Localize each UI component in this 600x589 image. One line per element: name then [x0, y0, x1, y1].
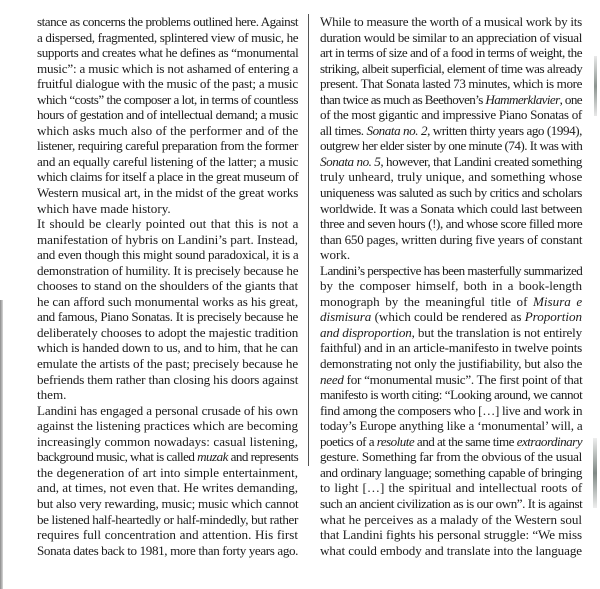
text-line: outgrew her elder sister by one minute (…	[320, 138, 582, 154]
line-text: stance as concerns the problems outlined…	[37, 14, 298, 29]
line-text: of the most gigantic and impressive Pian…	[320, 107, 582, 122]
line-text: manifestation of hybris on Landini’s par…	[37, 232, 298, 247]
line-text: Landini’s perspective has been masterful…	[320, 263, 582, 278]
line-text: by the composer himself, both in a book-…	[320, 278, 582, 293]
text-line: demonstration of humility. It is precise…	[37, 263, 298, 279]
italic-title: and disproportion	[320, 325, 412, 340]
text-line: three and seven hours (!), and whose sco…	[320, 216, 582, 232]
line-text: what could embody and translate into the…	[320, 543, 582, 558]
text-line: all times. Sonata no. 2, written thirty …	[320, 123, 582, 139]
line-text: and, at times, not even that. He writes …	[37, 480, 298, 495]
text-line: Western musical art, in the midst of the…	[37, 185, 298, 201]
line-text: listener, requiring careful preparation …	[37, 138, 298, 153]
text-line: truly unheard, truly unique, and somethi…	[320, 169, 582, 185]
scan-right-edge-artifact	[593, 438, 597, 508]
italic-title: dismisura	[320, 309, 371, 324]
text-line: It should be clearly pointed out that th…	[37, 216, 298, 232]
text-line: a dispersed, fragmented, splintered view…	[37, 30, 298, 46]
line-text: duration would be similar to an apprecia…	[320, 30, 582, 45]
text-line: stance as concerns the problems outlined…	[37, 14, 298, 30]
line-text: supports and creates what he defines as …	[37, 45, 298, 60]
text-line: them.	[37, 387, 298, 403]
line-text: , one	[560, 92, 582, 107]
line-text: and at the same time	[414, 434, 517, 449]
line-text: monograph by the meaningful title of	[320, 294, 533, 309]
line-text: and represents	[228, 449, 298, 464]
italic-title: Hammerklavier	[485, 92, 559, 107]
text-line: today’s Europe anything like a ‘monument…	[320, 418, 582, 434]
text-line: present. That Sonata lasted 73 minutes, …	[320, 76, 582, 92]
line-text: and even though this might sound paradox…	[37, 247, 298, 262]
text-line: which claims for itself a place in the g…	[37, 169, 298, 185]
line-text: the degeneration of art into simple ente…	[37, 465, 298, 480]
text-line: against the listening practices which ar…	[37, 418, 298, 434]
line-text: present. That Sonata lasted 73 minutes, …	[320, 76, 582, 91]
line-text: striking, albeit superficial, element of…	[320, 61, 582, 76]
line-text: worldwide. It was a Sonata which could l…	[320, 201, 582, 216]
text-line: he can afford such monumental works as h…	[37, 294, 298, 310]
text-line: music”: a music which is not ashamed of …	[37, 61, 298, 77]
text-line: which have made history.	[37, 201, 298, 217]
text-line: such an ancient civilization as is our o…	[320, 496, 582, 512]
line-text: truly unheard, truly unique, and somethi…	[320, 169, 582, 184]
text-line: background music, what is called muzak a…	[37, 449, 298, 465]
line-text: which asks much also of the performer an…	[37, 123, 298, 138]
line-text: he can afford such monumental works as h…	[37, 294, 298, 309]
scan-left-edge-shadow	[0, 300, 3, 589]
text-line: the degeneration of art into simple ente…	[37, 465, 298, 481]
line-text: , however, that Landini created somethin…	[380, 154, 582, 169]
line-text: against the listening practices which ar…	[37, 418, 298, 433]
line-text: a dispersed, fragmented, splintered view…	[37, 30, 298, 45]
text-line: chooses to stand on the shoulders of the…	[37, 278, 298, 294]
text-line: what could embody and translate into the…	[320, 543, 582, 559]
italic-title: Sonata no. 5	[320, 154, 380, 169]
line-text: outgrew her elder sister by one minute (…	[320, 138, 582, 153]
text-line: gesture. Something far from the obvious …	[320, 449, 582, 465]
italic-title: Proportion	[525, 309, 582, 324]
text-line: demonstrating not only the justifiabilit…	[320, 356, 582, 372]
line-text: and an equally careful listening of the …	[37, 154, 298, 169]
italic-title: extraordinary	[517, 434, 582, 449]
line-text: which is handed down to us, and to him, …	[37, 340, 298, 355]
text-line: faithful) and in an article-manifesto in…	[320, 340, 582, 356]
line-text: increasingly common nowadays: casual lis…	[37, 434, 298, 449]
line-text: demonstrating not only the justifiabilit…	[320, 356, 582, 371]
text-line: Landini’s perspective has been masterful…	[320, 263, 582, 279]
line-text: While to measure the worth of a musical …	[320, 14, 582, 29]
scan-right-edge-artifact	[594, 56, 597, 116]
text-line: which “costs” the composer a lot, in ter…	[37, 92, 298, 108]
line-text: be listened half-heartedly or half-minde…	[37, 512, 298, 527]
line-text: , but the translation is not entirely	[412, 325, 582, 340]
line-text: what he perceives as a malady of the Wes…	[320, 512, 582, 527]
line-text: that Landini fights his personal struggl…	[320, 527, 582, 542]
line-text: for “monumental music”. The first point …	[344, 372, 583, 387]
right-text-column: While to measure the worth of a musical …	[320, 14, 582, 558]
line-text: poetics of a	[320, 434, 377, 449]
line-text: which claims for itself a place in the g…	[37, 169, 298, 184]
text-line: manifestation of hybris on Landini’s par…	[37, 232, 298, 248]
line-text: than twice as much as Beethoven’s	[320, 92, 485, 107]
line-text: such an ancient civilization as is our o…	[320, 496, 582, 511]
italic-title: Misura e	[533, 294, 582, 309]
text-line: art in terms of size and of a food in te…	[320, 45, 582, 61]
text-line: and disproportion, but the translation i…	[320, 325, 582, 341]
line-text: to light […] the spiritual and intellect…	[320, 480, 582, 495]
italic-title: muzak	[197, 449, 228, 464]
line-text: than 650 pages, written during five year…	[320, 232, 582, 247]
line-text: gesture. Something far from the obvious …	[320, 449, 582, 464]
text-line: what he perceives as a malady of the Wes…	[320, 512, 582, 528]
text-line: listener, requiring careful preparation …	[37, 138, 298, 154]
line-text: work.	[320, 247, 350, 262]
text-line: and an equally careful listening of the …	[37, 154, 298, 170]
line-text: requires full concentration and attentio…	[37, 527, 298, 542]
line-text: Western musical art, in the midst of the…	[37, 185, 298, 200]
text-line: manifesto is worth citing: “Looking arou…	[320, 387, 582, 403]
line-text: but also very rewarding, music; music wh…	[37, 496, 298, 511]
text-line: and ordinary language; something capable…	[320, 465, 582, 481]
text-line: duration would be similar to an apprecia…	[320, 30, 582, 46]
line-text: uniqueness was saluted as such by critic…	[320, 185, 582, 200]
text-line: supports and creates what he defines as …	[37, 45, 298, 61]
line-text: hours of gestation and of intellectual d…	[37, 107, 298, 122]
line-text: which “costs” the composer a lot, in ter…	[37, 92, 298, 107]
text-line: striking, albeit superficial, element of…	[320, 61, 582, 77]
text-line: than twice as much as Beethoven’s Hammer…	[320, 92, 582, 108]
line-text: (which could be rendered as	[371, 309, 524, 324]
italic-title: Sonata no. 2	[366, 123, 427, 138]
line-text: fruitful dialogue with the music of the …	[37, 76, 298, 91]
text-line: find among the composers who […] live an…	[320, 403, 582, 419]
text-line: increasingly common nowadays: casual lis…	[37, 434, 298, 450]
text-line: by the composer himself, both in a book-…	[320, 278, 582, 294]
text-line: fruitful dialogue with the music of the …	[37, 76, 298, 92]
text-line: that Landini fights his personal struggl…	[320, 527, 582, 543]
text-line: Sonata dates back to 1981, more than for…	[37, 543, 298, 559]
text-line: dismisura (which could be rendered as Pr…	[320, 309, 582, 325]
text-line: Sonata no. 5, however, that Landini crea…	[320, 154, 582, 170]
left-text-column: stance as concerns the problems outlined…	[37, 14, 298, 558]
text-line: and famous, Piano Sonatas. It is precise…	[37, 309, 298, 325]
line-text: chooses to stand on the shoulders of the…	[37, 278, 298, 293]
text-line: requires full concentration and attentio…	[37, 527, 298, 543]
text-line: Landini has engaged a personal crusade o…	[37, 403, 298, 419]
text-line: which is handed down to us, and to him, …	[37, 340, 298, 356]
line-text: background music, what is called	[37, 449, 197, 464]
text-line: poetics of a resolute and at the same ti…	[320, 434, 582, 450]
line-text: , written thirty years ago (1994),	[427, 123, 582, 138]
text-line: than 650 pages, written during five year…	[320, 232, 582, 248]
text-line: need for “monumental music”. The first p…	[320, 372, 582, 388]
text-line: and, at times, not even that. He writes …	[37, 480, 298, 496]
text-line: be listened half-heartedly or half-minde…	[37, 512, 298, 528]
line-text: deliberately chooses to adopt the majest…	[37, 325, 298, 340]
line-text: today’s Europe anything like a ‘monument…	[320, 418, 582, 433]
line-text: Sonata dates back to 1981, more than for…	[37, 543, 298, 558]
line-text: which have made history.	[37, 201, 171, 216]
text-line: hours of gestation and of intellectual d…	[37, 107, 298, 123]
line-text: all times.	[320, 123, 366, 138]
text-line: worldwide. It was a Sonata which could l…	[320, 201, 582, 217]
italic-title: resolute	[377, 434, 414, 449]
text-line: emulate the artists of the past; precise…	[37, 356, 298, 372]
line-text: them.	[37, 387, 66, 402]
line-text: three and seven hours (!), and whose sco…	[320, 216, 582, 231]
italic-title: need	[320, 372, 344, 387]
line-text: art in terms of size and of a food in te…	[320, 45, 582, 60]
text-line: While to measure the worth of a musical …	[320, 14, 582, 30]
text-line: befriends them rather than closing his d…	[37, 372, 298, 388]
text-line: work.	[320, 247, 582, 263]
text-line: deliberately chooses to adopt the majest…	[37, 325, 298, 341]
line-text: emulate the artists of the past; precise…	[37, 356, 298, 371]
line-text: music”: a music which is not ashamed of …	[37, 61, 298, 76]
text-line: to light […] the spiritual and intellect…	[320, 480, 582, 496]
line-text: manifesto is worth citing: “Looking arou…	[320, 387, 582, 402]
text-line: monograph by the meaningful title of Mis…	[320, 294, 582, 310]
column-divider	[308, 14, 309, 466]
text-line: of the most gigantic and impressive Pian…	[320, 107, 582, 123]
text-line: but also very rewarding, music; music wh…	[37, 496, 298, 512]
line-text: It should be clearly pointed out that th…	[37, 216, 298, 231]
line-text: find among the composers who […] live an…	[320, 403, 582, 418]
line-text: and ordinary language; something capable…	[320, 465, 582, 480]
line-text: and famous, Piano Sonatas. It is precise…	[37, 309, 298, 324]
line-text: befriends them rather than closing his d…	[37, 372, 298, 387]
text-line: uniqueness was saluted as such by critic…	[320, 185, 582, 201]
text-line: which asks much also of the performer an…	[37, 123, 298, 139]
line-text: Landini has engaged a personal crusade o…	[37, 403, 298, 418]
text-line: and even though this might sound paradox…	[37, 247, 298, 263]
line-text: faithful) and in an article-manifesto in…	[320, 340, 582, 355]
line-text: demonstration of humility. It is precise…	[37, 263, 298, 278]
